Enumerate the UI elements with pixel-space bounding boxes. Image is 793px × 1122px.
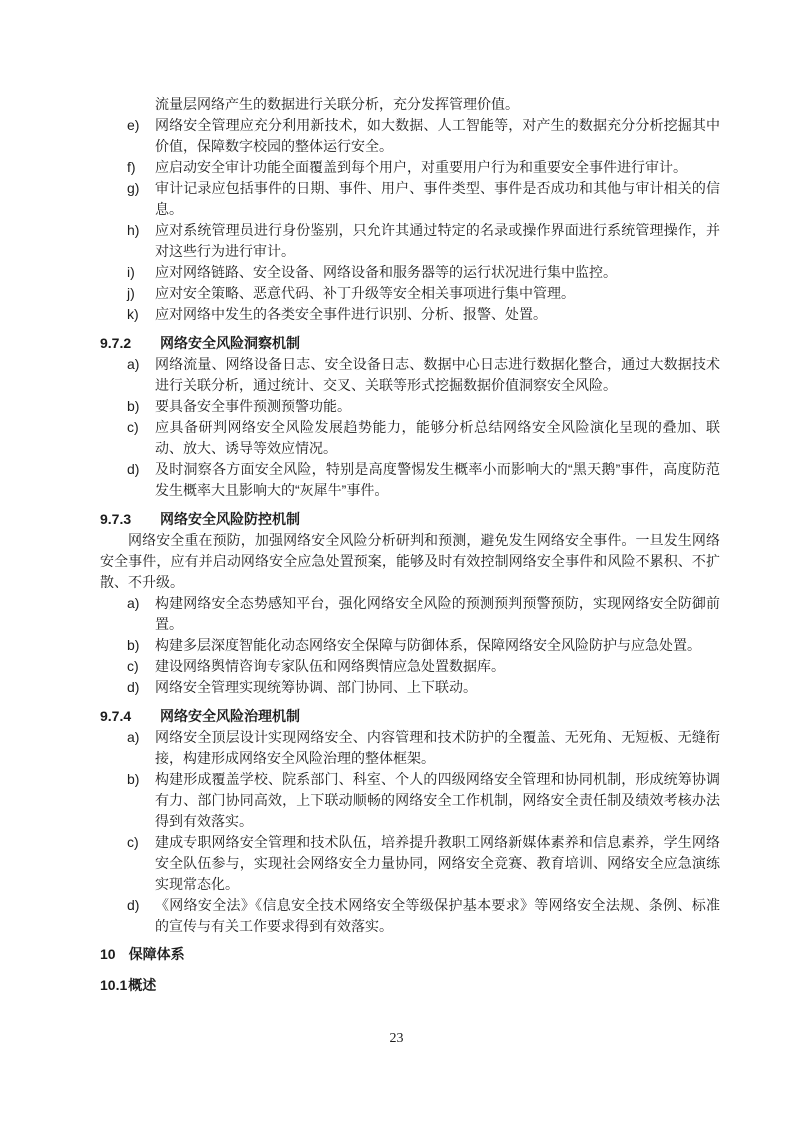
block-text: 保障体系 — [129, 944, 720, 965]
block-text: 网络安全管理实现统筹协调、部门协同、上下联动。 — [155, 677, 720, 698]
block-text: 应对安全策略、恶意代码、补丁升级等安全相关事项进行集中管理。 — [155, 283, 720, 304]
list-item: c)建成专职网络安全管理和技术队伍，培养提升教职工网络新媒体素养和信息素养，学生… — [100, 832, 720, 895]
block-text: 应对系统管理员进行身份鉴别，只允许其通过特定的名录或操作界面进行系统管理操作，并… — [155, 220, 720, 262]
block-label: d) — [127, 895, 155, 916]
block-label: j) — [127, 283, 155, 304]
heading: 9.7.2网络安全风险洞察机制 — [100, 333, 720, 354]
block-text: 建成专职网络安全管理和技术队伍，培养提升教职工网络新媒体素养和信息素养，学生网络… — [155, 832, 720, 895]
block-text: 网络安全风险防控机制 — [160, 509, 720, 530]
block-label: c) — [127, 832, 155, 853]
block-text: 网络流量、网络设备日志、安全设备日志、数据中心日志进行数据化整合，通过大数据技术… — [155, 354, 720, 396]
block-label: c) — [127, 656, 155, 677]
list-item: g)审计记录应包括事件的日期、事件、用户、事件类型、事件是否成功和其他与审计相关… — [100, 178, 720, 220]
block-text: 网络安全重在预防，加强网络安全风险分析研判和预测，避免发生网络安全事件。一旦发生… — [100, 530, 720, 593]
list-item: e)网络安全管理应充分利用新技术，如大数据、人工智能等，对产生的数据充分分析挖掘… — [100, 115, 720, 157]
block-label: a) — [127, 354, 155, 375]
list-item: c)建设网络舆情咨询专家队伍和网络舆情应急处置数据库。 — [100, 656, 720, 677]
list-item: i)应对网络链路、安全设备、网络设备和服务器等的运行状况进行集中监控。 — [100, 262, 720, 283]
block-text: 应对网络链路、安全设备、网络设备和服务器等的运行状况进行集中监控。 — [155, 262, 720, 283]
block-label: a) — [127, 593, 155, 614]
block-label: 10.1 — [100, 975, 127, 996]
page-number: 23 — [0, 1028, 793, 1049]
block-text: 构建形成覆盖学校、院系部门、科室、个人的四级网络安全管理和协同机制，形成统筹协调… — [155, 769, 720, 832]
block-text: 流量层网络产生的数据进行关联分析，充分发挥管理价值。 — [100, 94, 720, 115]
block-text: 网络安全管理应充分利用新技术，如大数据、人工智能等，对产生的数据充分分析挖掘其中… — [155, 115, 720, 157]
block-label: h) — [127, 220, 155, 241]
list-item: h)应对系统管理员进行身份鉴别，只允许其通过特定的名录或操作界面进行系统管理操作… — [100, 220, 720, 262]
continuation: 流量层网络产生的数据进行关联分析，充分发挥管理价值。 — [100, 94, 720, 115]
block-text: 应对网络中发生的各类安全事件进行识别、分析、报警、处置。 — [155, 304, 720, 325]
block-text: 构建多层深度智能化动态网络安全保障与防御体系，保障网络安全风险防护与应急处置。 — [155, 635, 720, 656]
block-label: g) — [127, 178, 155, 199]
block-label: f) — [127, 157, 155, 178]
block-text: 网络安全顶层设计实现网络安全、内容管理和技术防护的全覆盖、无死角、无短板、无缝衔… — [155, 727, 720, 769]
block-label: k) — [127, 304, 155, 325]
block-text: 要具备安全事件预测预警功能。 — [155, 396, 720, 417]
block-label: 9.7.3 — [100, 509, 160, 530]
list-item: d)《网络安全法》《信息安全技术网络安全等级保护基本要求》等网络安全法规、条例、… — [100, 895, 720, 937]
document-body: 流量层网络产生的数据进行关联分析，充分发挥管理价值。e)网络安全管理应充分利用新… — [100, 94, 720, 996]
block-text: 审计记录应包括事件的日期、事件、用户、事件类型、事件是否成功和其他与审计相关的信… — [155, 178, 720, 220]
block-text: 网络安全风险治理机制 — [160, 706, 720, 727]
block-text: 建设网络舆情咨询专家队伍和网络舆情应急处置数据库。 — [155, 656, 720, 677]
list-item: d)及时洞察各方面安全风险，特别是高度警惕发生概率小而影响大的“黑天鹅”事件，高… — [100, 459, 720, 501]
block-text: 应具备研判网络安全风险发展趋势能力，能够分析总结网络安全风险演化呈现的叠加、联动… — [155, 417, 720, 459]
block-label: i) — [127, 262, 155, 283]
block-text: 应启动安全审计功能全面覆盖到每个用户，对重要用户行为和重要安全事件进行审计。 — [155, 157, 720, 178]
block-label: b) — [127, 635, 155, 656]
list-item: j)应对安全策略、恶意代码、补丁升级等安全相关事项进行集中管理。 — [100, 283, 720, 304]
paragraph: 网络安全重在预防，加强网络安全风险分析研判和预测，避免发生网络安全事件。一旦发生… — [100, 530, 720, 593]
block-label: b) — [127, 769, 155, 790]
block-label: 10 — [100, 944, 116, 965]
block-label: e) — [127, 115, 155, 136]
block-text: 网络安全风险洞察机制 — [160, 333, 720, 354]
block-label: 9.7.4 — [100, 706, 160, 727]
heading: 9.7.3网络安全风险防控机制 — [100, 509, 720, 530]
block-label: c) — [127, 417, 155, 438]
block-label: b) — [127, 396, 155, 417]
list-item: c)应具备研判网络安全风险发展趋势能力，能够分析总结网络安全风险演化呈现的叠加、… — [100, 417, 720, 459]
block-label: d) — [127, 459, 155, 480]
block-label: a) — [127, 727, 155, 748]
block-label: 9.7.2 — [100, 333, 160, 354]
block-text: 及时洞察各方面安全风险，特别是高度警惕发生概率小而影响大的“黑天鹅”事件，高度防… — [155, 459, 720, 501]
list-item: b)构建多层深度智能化动态网络安全保障与防御体系，保障网络安全风险防护与应急处置… — [100, 635, 720, 656]
list-item: b)要具备安全事件预测预警功能。 — [100, 396, 720, 417]
sub-heading: 10.1概述 — [100, 975, 720, 996]
list-item: a)网络安全顶层设计实现网络安全、内容管理和技术防护的全覆盖、无死角、无短板、无… — [100, 727, 720, 769]
block-label: d) — [127, 677, 155, 698]
list-item: a)网络流量、网络设备日志、安全设备日志、数据中心日志进行数据化整合，通过大数据… — [100, 354, 720, 396]
heading: 9.7.4网络安全风险治理机制 — [100, 706, 720, 727]
chapter-heading: 10保障体系 — [100, 944, 720, 965]
block-text: 构建网络安全态势感知平台，强化网络安全风险的预测预判预警预防，实现网络安全防御前… — [155, 593, 720, 635]
block-text: 概述 — [128, 975, 720, 996]
list-item: a)构建网络安全态势感知平台，强化网络安全风险的预测预判预警预防，实现网络安全防… — [100, 593, 720, 635]
block-text: 《网络安全法》《信息安全技术网络安全等级保护基本要求》等网络安全法规、条例、标准… — [155, 895, 720, 937]
list-item: b)构建形成覆盖学校、院系部门、科室、个人的四级网络安全管理和协同机制，形成统筹… — [100, 769, 720, 832]
list-item: k)应对网络中发生的各类安全事件进行识别、分析、报警、处置。 — [100, 304, 720, 325]
list-item: f)应启动安全审计功能全面覆盖到每个用户，对重要用户行为和重要安全事件进行审计。 — [100, 157, 720, 178]
list-item: d)网络安全管理实现统筹协调、部门协同、上下联动。 — [100, 677, 720, 698]
